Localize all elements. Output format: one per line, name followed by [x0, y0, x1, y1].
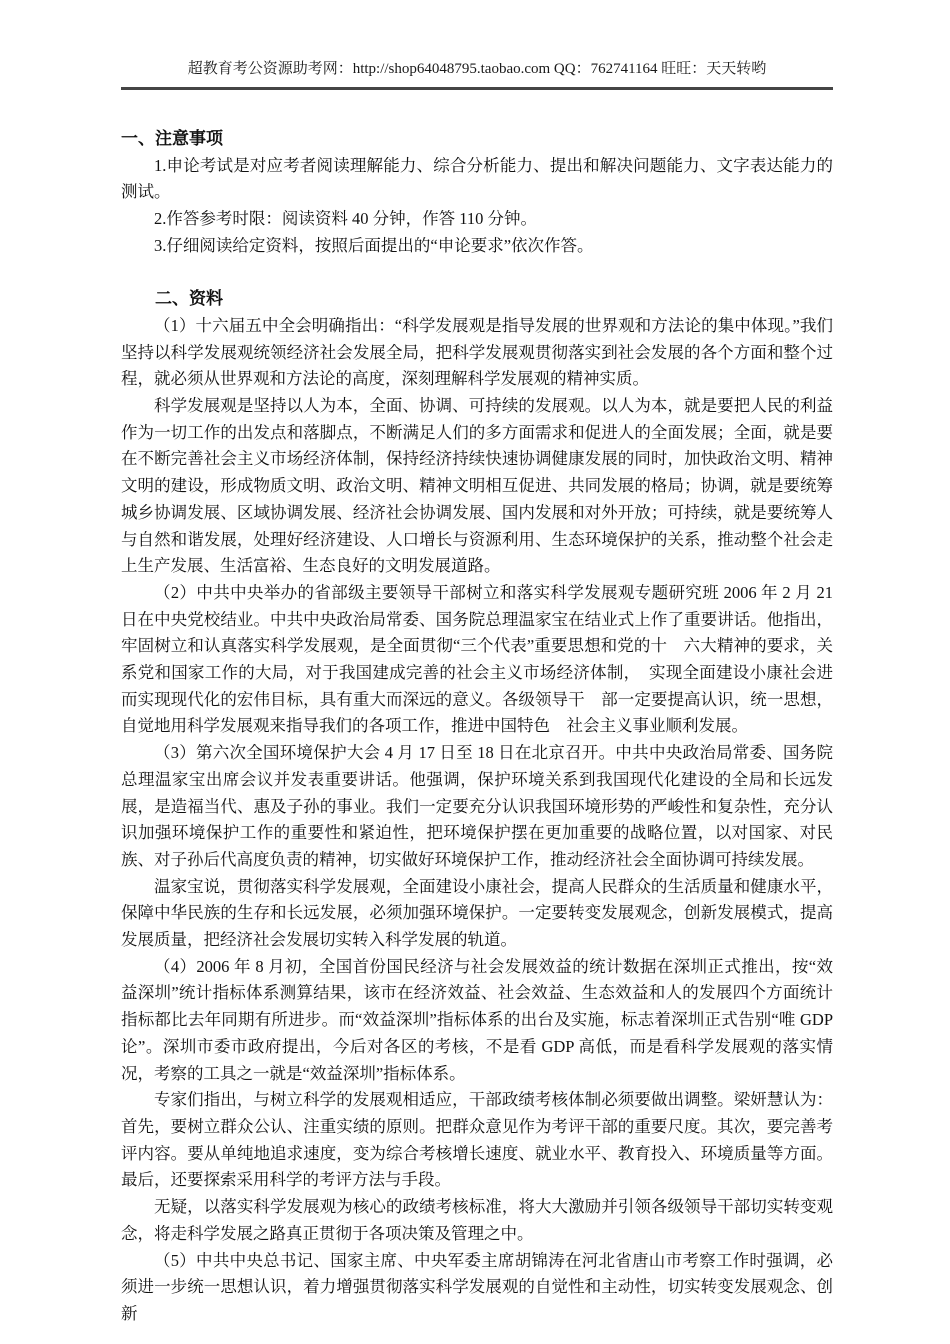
notice-paragraph: 2.作答参考时限：阅读资料 40 分钟，作答 110 分钟。 — [121, 206, 833, 233]
material-paragraph-5: （5）中共中央总书记、国家主席、中央军委主席胡锦涛在河北省唐山市考察工作时强调，… — [121, 1248, 833, 1328]
notice-paragraph: 1.申论考试是对应考者阅读理解能力、综合分析能力、提出和解决问题能力、文字表达能… — [121, 153, 833, 206]
material-paragraph-4: （4）2006 年 8 月初，全国首份国民经济与社会发展效益的统计数据在深圳正式… — [121, 954, 833, 1088]
header-divider-rule — [121, 87, 833, 90]
material-paragraph-4c: 无疑，以落实科学发展观为核心的政绩考核标准，将大大激励并引领各级领导干部切实转变… — [121, 1194, 833, 1247]
section-materials: 二、资料 （1）十六届五中全会明确指出：“科学发展观是指导发展的世界观和方法论的… — [121, 286, 833, 1327]
material-paragraph-3: （3）第六次全国环境保护大会 4 月 17 日至 18 日在北京召开。中共中央政… — [121, 740, 833, 874]
material-paragraph-4b: 专家们指出，与树立科学的发展观相适应，干部政绩考核体制必须要做出调整。梁妍慧认为… — [121, 1087, 833, 1194]
document-page: 超教育考公资源助考网：http://shop64048795.taobao.co… — [0, 0, 950, 1344]
material-paragraph-1b: 科学发展观是坚持以人为本，全面、协调、可持续的发展观。以人为本，就是要把人民的利… — [121, 393, 833, 580]
document-body: 一、注意事项 1.申论考试是对应考者阅读理解能力、综合分析能力、提出和解决问题能… — [121, 126, 833, 1328]
notice-paragraph: 3.仔细阅读给定资料，按照后面提出的“申论要求”依次作答。 — [121, 233, 833, 260]
materials-section-heading: 二、资料 — [121, 286, 833, 313]
material-paragraph-1: （1）十六届五中全会明确指出：“科学发展观是指导发展的世界观和方法论的集中体现。… — [121, 313, 833, 393]
notice-section-heading: 一、注意事项 — [121, 126, 833, 153]
section-notice: 一、注意事项 1.申论考试是对应考者阅读理解能力、综合分析能力、提出和解决问题能… — [121, 126, 833, 260]
material-paragraph-3b: 温家宝说，贯彻落实科学发展观，全面建设小康社会，提高人民群众的生活质量和健康水平… — [121, 874, 833, 954]
page-header-text: 超教育考公资源助考网：http://shop64048795.taobao.co… — [121, 58, 833, 80]
material-paragraph-2: （2）中共中央举办的省部级主要领导干部树立和落实科学发展观专题研究班 2006 … — [121, 580, 833, 740]
